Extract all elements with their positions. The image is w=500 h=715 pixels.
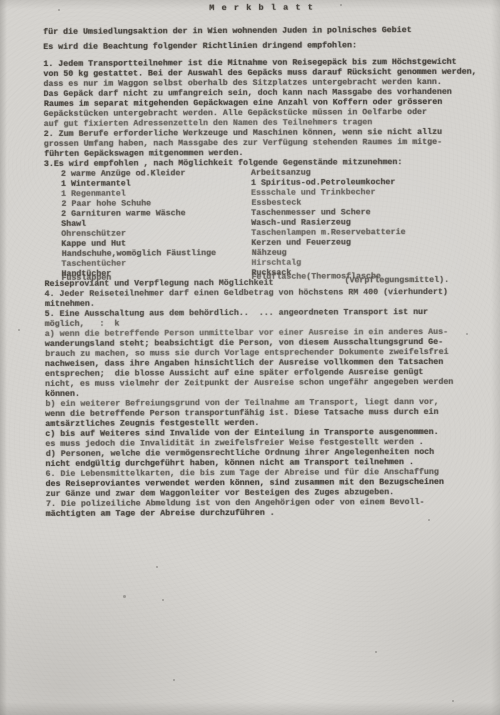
paper-speck bbox=[428, 519, 430, 521]
paper-speck bbox=[340, 4, 342, 6]
document-intro-line: Es wird die Beachtung folgender Richtlin… bbox=[43, 41, 480, 53]
list-item-right: Hirschtalg bbox=[251, 259, 301, 269]
list-item-left: 2 Paar hohe Schuhe bbox=[61, 199, 151, 209]
document-body: 1. Jedem Transportteilnehmer ist die Mit… bbox=[43, 58, 482, 520]
paper-speck bbox=[156, 566, 158, 568]
paper-speck bbox=[95, 460, 96, 461]
list-item-right: Wasch-und Rasierzeug bbox=[251, 218, 351, 229]
list-item-left: 1 Wintermantel bbox=[61, 180, 131, 190]
paper-speck bbox=[162, 599, 164, 601]
paper-speck bbox=[375, 651, 377, 653]
paper-speck bbox=[466, 333, 468, 335]
document-content: M e r k b l a t t für die Umsiedlungsakt… bbox=[43, 2, 483, 520]
list-item-left: Taschentücher bbox=[61, 260, 126, 270]
paper-speck bbox=[452, 700, 454, 702]
list-item-left: Ohrenschützer bbox=[61, 230, 126, 240]
list-item-left: Kappe und Hut bbox=[61, 240, 126, 250]
line-text: können. bbox=[45, 390, 80, 400]
paper-speck bbox=[173, 679, 175, 681]
ghost-overprint-line: (Verpflegungsmittel). bbox=[344, 276, 449, 287]
document-title: M e r k b l a t t bbox=[43, 2, 480, 16]
paper-speck bbox=[58, 9, 60, 11]
line-text: mächtigten am Tage der Abreise durchzufü… bbox=[46, 509, 275, 520]
list-item-left: 2 warme Anzüge od.Kleider bbox=[61, 169, 186, 180]
scanned-document-page: M e r k b l a t t für die Umsiedlungsakt… bbox=[0, 0, 500, 715]
line-text: mitnehmen. bbox=[45, 300, 95, 310]
list-item-right: Arbeitsanzug bbox=[251, 169, 311, 179]
paper-speck bbox=[123, 595, 126, 598]
list-item-left: 1 Regenmantel bbox=[61, 190, 126, 200]
list-item-left: Shawl bbox=[61, 220, 86, 230]
list-item-left: 2 Garnituren warme Wäsche bbox=[61, 209, 186, 220]
list-item-right: Taschenmesser und Schere bbox=[251, 208, 371, 219]
document-subtitle: für die Umsiedlungsaktion der in Wien wo… bbox=[43, 26, 480, 38]
list-item-right: Essbesteck bbox=[251, 199, 301, 209]
paper-speck bbox=[18, 329, 20, 331]
list-item-right: Nähzeug bbox=[252, 249, 287, 259]
list-item-right: Essschale und Trinkbecher bbox=[251, 188, 376, 199]
document-line: mächtigten am Tage der Abreise durchzufü… bbox=[46, 508, 483, 520]
line-text: möglich, : k bbox=[45, 320, 120, 330]
list-item-right: Kerzen und Feuerzeug bbox=[251, 238, 351, 249]
